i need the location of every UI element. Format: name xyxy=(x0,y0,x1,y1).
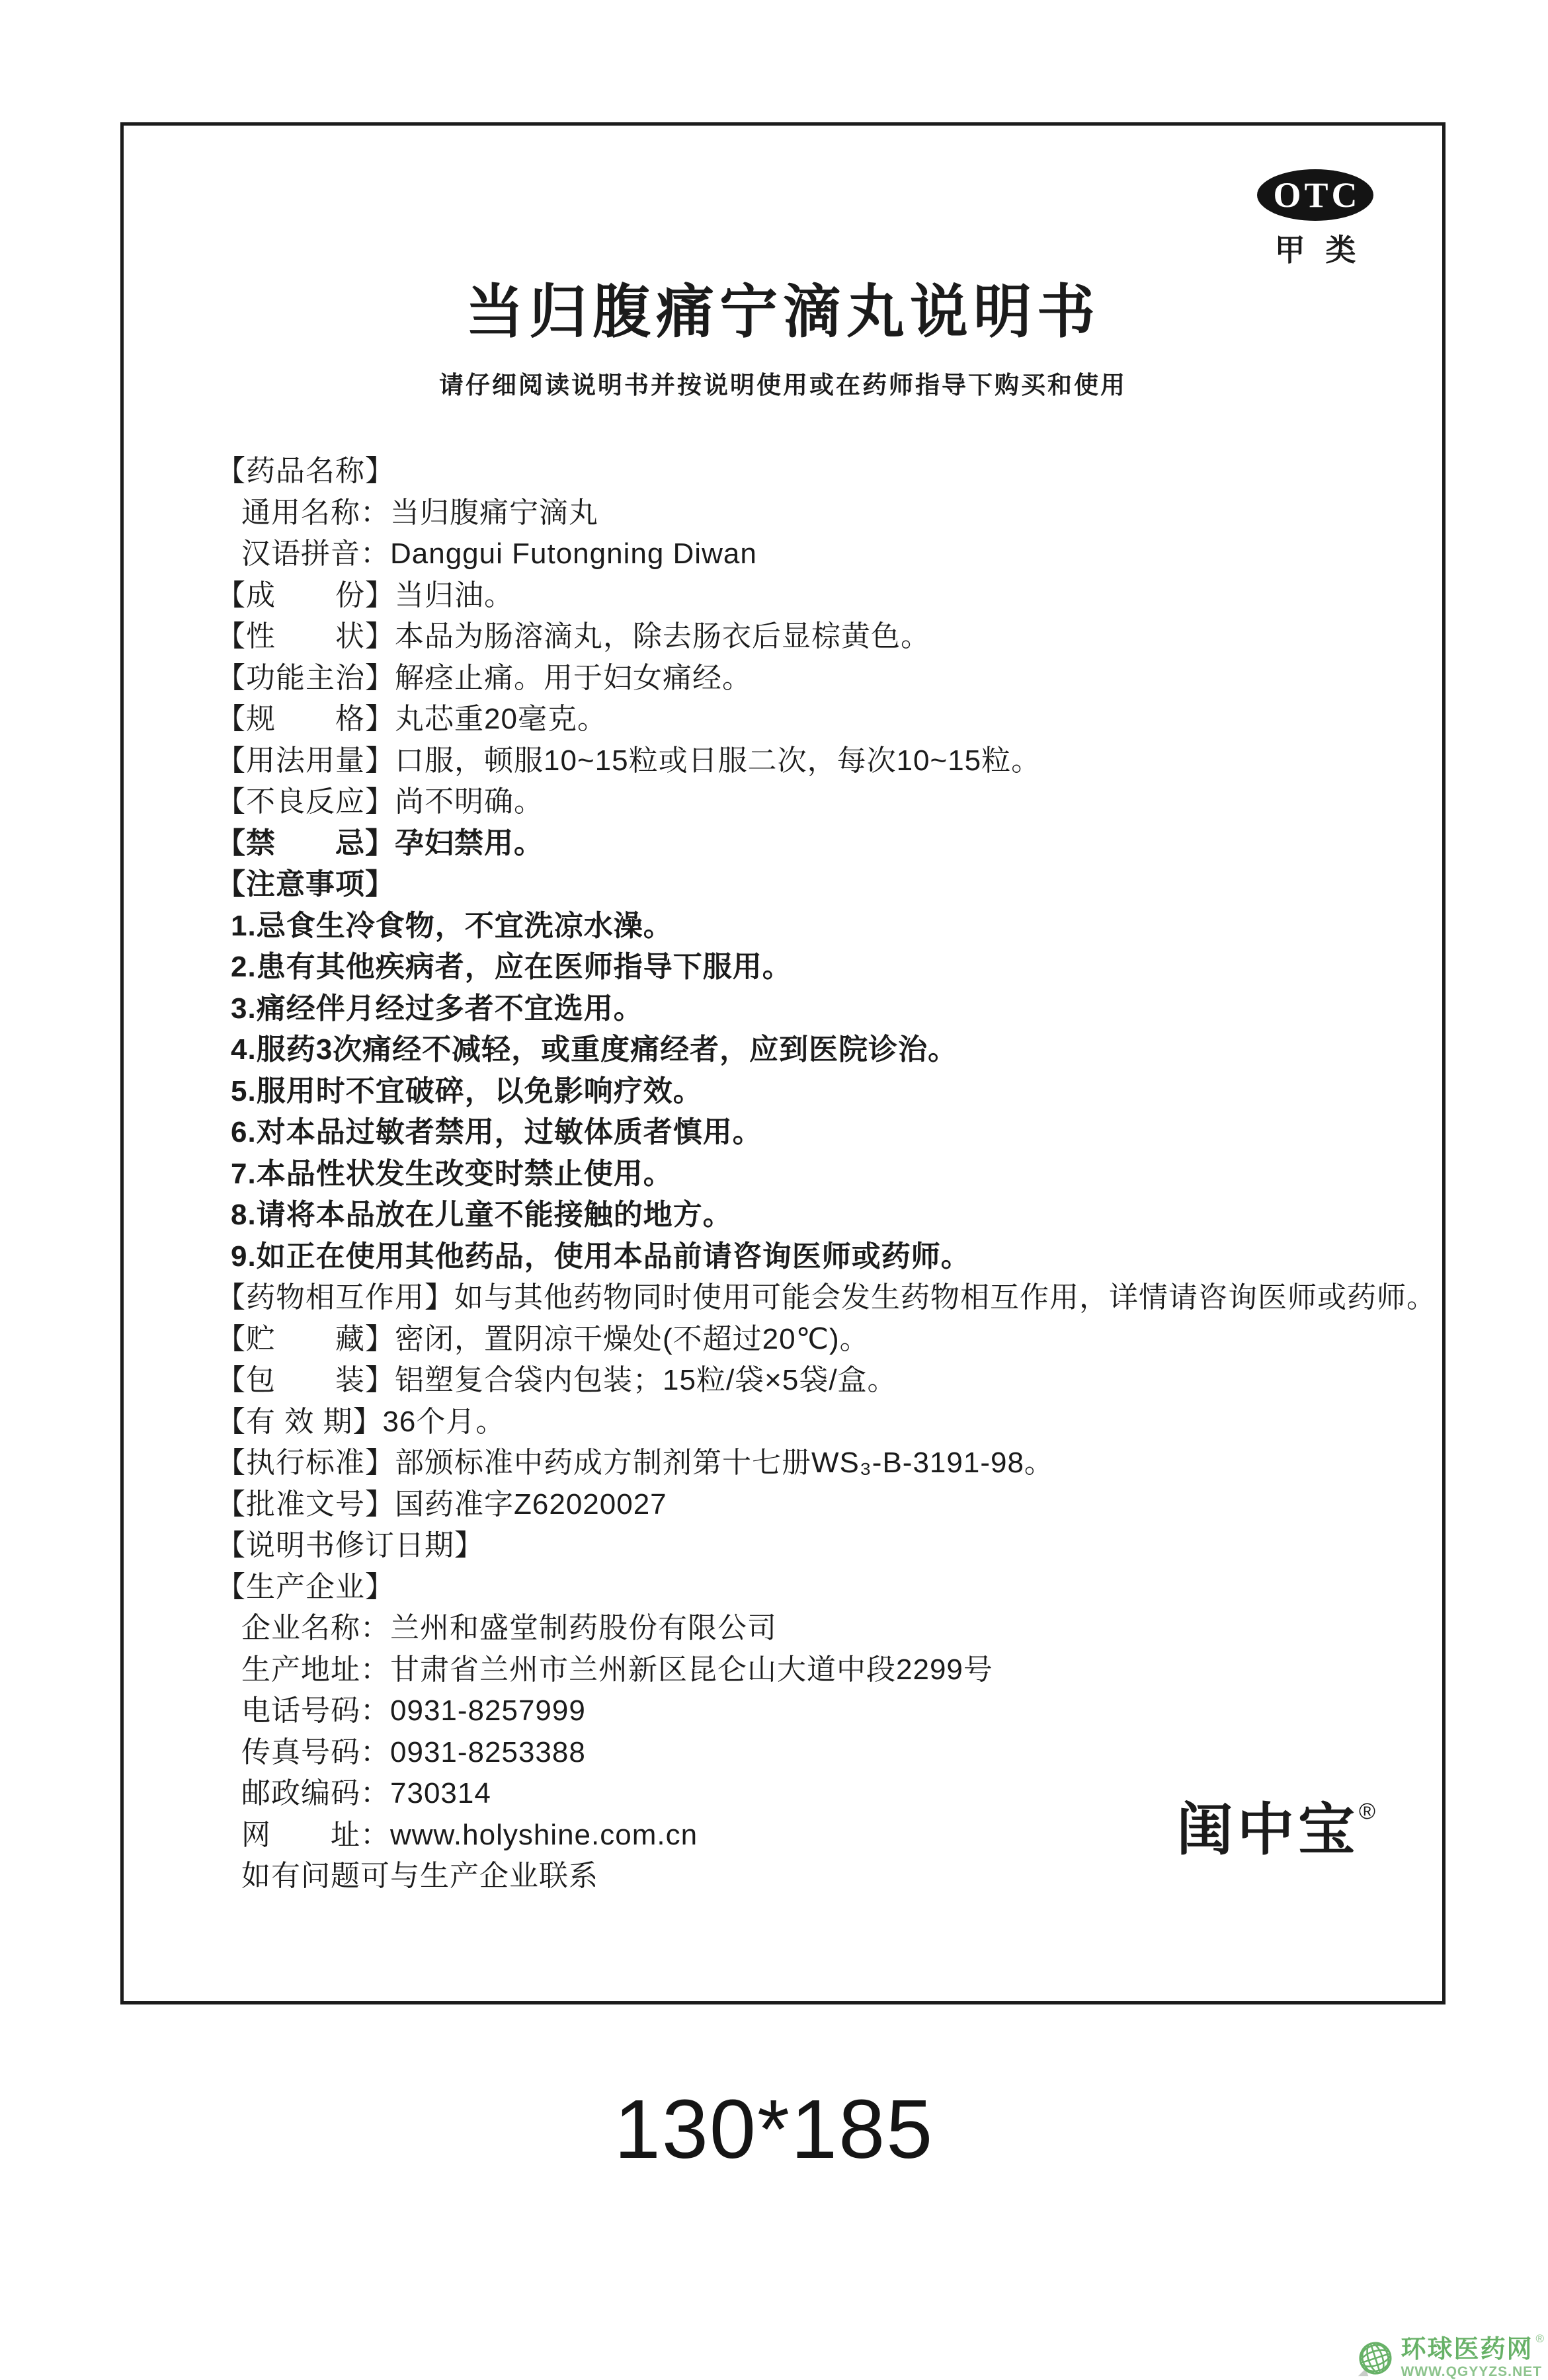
body-lines: 【药品名称】通用名称：当归腹痛宁滴丸汉语拼音：Danggui Futongnin… xyxy=(124,451,1442,1897)
body-line: 【贮 藏】密闭，置阴凉干燥处(不超过20℃)。 xyxy=(124,1319,1442,1361)
body-line: 【药物相互作用】如与其他药物同时使用可能会发生药物相互作用，详情请咨询医师或药师… xyxy=(124,1277,1442,1319)
body-line: 【规 格】丸芯重20毫克。 xyxy=(124,699,1442,740)
body-line: 【性 状】本品为肠溶滴丸，除去肠衣后显棕黄色。 xyxy=(124,616,1442,658)
body-line: 6.对本品过敏者禁用，过敏体质者慎用。 xyxy=(124,1112,1442,1154)
body-line: 5.服用时不宜破碎，以免影响疗效。 xyxy=(124,1071,1442,1113)
watermark-site-url: WWW.QGYYZS.NET xyxy=(1401,2365,1542,2379)
brand-registered-mark: ® xyxy=(1359,1799,1375,1825)
body-line: 生产地址：甘肃省兰州市兰州新区昆仑山大道中段2299号 xyxy=(124,1649,1442,1691)
otc-logo-icon: OTC xyxy=(1257,169,1373,221)
brand-name: 闺中宝 xyxy=(1176,1798,1359,1862)
body-line: 7.本品性状发生改变时禁止使用。 xyxy=(124,1154,1442,1195)
body-line: 【禁 忌】孕妇禁用。 xyxy=(124,823,1442,865)
body-line: 【用法用量】口服，顿服10~15粒或日服二次，每次10~15粒。 xyxy=(124,740,1442,782)
body-line: 【批准文号】国药准字Z62020027 xyxy=(124,1484,1442,1526)
body-line: 【生产企业】 xyxy=(124,1567,1442,1608)
body-line: 【成 份】当归油。 xyxy=(124,575,1442,617)
body-line: 【执行标准】部颁标准中药成方制剂第十七册WS₃-B-3191-98。 xyxy=(124,1443,1442,1484)
body-line: 【说明书修订日期】 xyxy=(124,1525,1442,1567)
print-size-label: 130*185 xyxy=(0,2081,1548,2177)
watermark-text: 环球医药网 ® WWW.QGYYZS.NET xyxy=(1401,2337,1544,2379)
watermark: 环球医药网 ® WWW.QGYYZS.NET xyxy=(1356,2337,1544,2379)
body-line: 企业名称：兰州和盛堂制药股份有限公司 xyxy=(124,1608,1442,1649)
otc-block: OTC 甲 类 xyxy=(1256,169,1375,270)
otc-category-label: 甲 类 xyxy=(1256,226,1375,270)
body-line: 【有 效 期】36个月。 xyxy=(124,1402,1442,1443)
body-line: 电话号码：0931-8257999 xyxy=(124,1690,1442,1732)
body-line: 【药品名称】 xyxy=(124,451,1442,493)
watermark-registered-mark: ® xyxy=(1535,2333,1544,2344)
watermark-site-name: 环球医药网 xyxy=(1401,2337,1533,2362)
globe-icon xyxy=(1356,2340,1394,2379)
body-line: 【注意事项】 xyxy=(124,864,1442,906)
body-line: 传真号码：0931-8253388 xyxy=(124,1732,1442,1774)
body-line: 3.痛经伴月经过多者不宜选用。 xyxy=(124,988,1442,1030)
brand-logo: 闺中宝® xyxy=(1176,1784,1375,1866)
body-line: 1.忌食生冷食物，不宜洗凉水澡。 xyxy=(124,906,1442,947)
leaflet-border-box: OTC 甲 类 当归腹痛宁滴丸说明书 请仔细阅读说明书并按说明使用或在药师指导下… xyxy=(120,122,1446,2004)
body-line: 【包 装】铝塑复合袋内包装；15粒/袋×5袋/盒。 xyxy=(124,1360,1442,1402)
body-line: 【不良反应】尚不明确。 xyxy=(124,781,1442,823)
body-line: 9.如正在使用其他药品，使用本品前请咨询医师或药师。 xyxy=(124,1236,1442,1278)
body-line: 8.请将本品放在儿童不能接触的地方。 xyxy=(124,1195,1442,1236)
leaflet-page: OTC 甲 类 当归腹痛宁滴丸说明书 请仔细阅读说明书并按说明使用或在药师指导下… xyxy=(0,0,1548,2380)
body-line: 汉语拼音：Danggui Futongning Diwan xyxy=(124,534,1442,575)
body-line: 4.服药3次痛经不减轻，或重度痛经者，应到医院诊治。 xyxy=(124,1029,1442,1071)
body-line: 通用名称：当归腹痛宁滴丸 xyxy=(124,493,1442,534)
leaflet-title: 当归腹痛宁滴丸说明书 xyxy=(124,266,1442,349)
body-line: 2.患有其他疾病者，应在医师指导下服用。 xyxy=(124,947,1442,988)
leaflet-subtitle: 请仔细阅读说明书并按说明使用或在药师指导下购买和使用 xyxy=(124,365,1442,401)
body-line: 【功能主治】解痉止痛。用于妇女痛经。 xyxy=(124,658,1442,699)
otc-label: OTC xyxy=(1270,175,1360,216)
